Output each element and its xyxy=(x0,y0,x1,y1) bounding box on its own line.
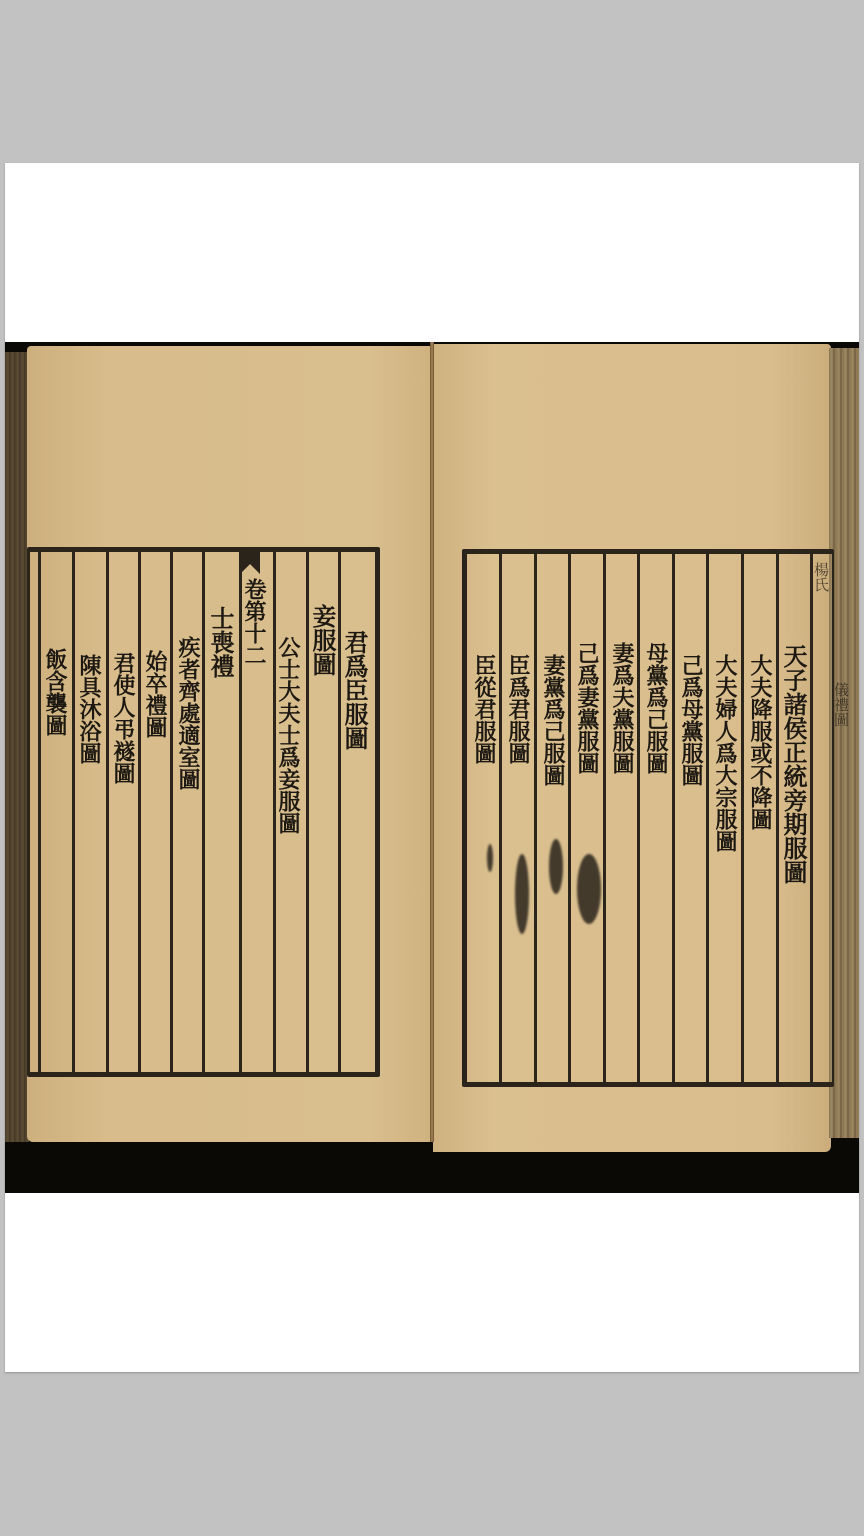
chapter-heading: 卷第十二 xyxy=(240,578,268,666)
page-margin-label: 楊氏 xyxy=(811,562,832,592)
toc-entry: 公士大夫士爲妾服圖 xyxy=(274,636,302,834)
column-rule xyxy=(170,552,173,1072)
column-rule xyxy=(138,552,141,1072)
toc-entry: 始卒禮圖 xyxy=(141,650,169,738)
toc-entry: 飯含襲圖 xyxy=(41,648,69,736)
toc-entry: 妻爲夫黨服圖 xyxy=(608,642,636,774)
toc-entry: 天子諸侯正統旁期服圖 xyxy=(779,644,807,884)
toc-entry: 陳具沐浴圖 xyxy=(75,654,103,764)
column-rule xyxy=(810,554,813,1082)
column-rule xyxy=(672,554,675,1082)
toc-entry: 臣爲君服圖 xyxy=(504,654,532,764)
book-photo: 君爲臣服圖 公士大夫士爲妾服圖 妾服圖 卷第十二 士喪禮 疾者齊處適室圖 始卒禮… xyxy=(5,342,859,1193)
toc-entry: 母黨爲己服圖 xyxy=(642,642,670,774)
column-rule xyxy=(38,552,41,1072)
column-rule xyxy=(741,554,744,1082)
spine-title-label: 儀禮圖 xyxy=(831,682,852,727)
fishtail-mark xyxy=(240,552,260,574)
toc-entry: 君使人弔襚圖 xyxy=(109,652,137,784)
column-rule xyxy=(72,552,75,1072)
toc-entry: 妾服圖 xyxy=(308,604,336,676)
column-rule xyxy=(106,552,109,1072)
ink-blot xyxy=(515,854,529,934)
ink-blot xyxy=(577,854,601,924)
toc-entry: 臣從君服圖 xyxy=(470,654,498,764)
toc-entry: 妻黨爲己服圖 xyxy=(539,654,567,786)
toc-entry: 大夫婦人爲大宗服圖 xyxy=(711,654,739,852)
column-rule xyxy=(603,554,606,1082)
column-rule xyxy=(706,554,709,1082)
left-page-text-frame: 君爲臣服圖 公士大夫士爲妾服圖 妾服圖 卷第十二 士喪禮 疾者齊處適室圖 始卒禮… xyxy=(27,547,380,1077)
toc-entry: 己爲妻黨服圖 xyxy=(573,642,601,774)
column-rule xyxy=(568,554,571,1082)
section-heading: 士喪禮 xyxy=(206,606,234,678)
toc-entry: 君爲臣服圖 xyxy=(340,630,368,750)
book-spine-fold xyxy=(430,342,434,1142)
column-rule xyxy=(534,554,537,1082)
column-rule xyxy=(637,554,640,1082)
toc-entry: 疾者齊處適室圖 xyxy=(174,636,202,790)
book-edge-left xyxy=(5,352,29,1142)
right-page-text-frame: 天子諸侯正統旁期服圖 大夫降服或不降圖 大夫婦人爲大宗服圖 己爲母黨服圖 母黨爲… xyxy=(462,549,834,1087)
toc-entry: 己爲母黨服圖 xyxy=(677,654,705,786)
column-rule xyxy=(202,552,205,1072)
column-rule xyxy=(499,554,502,1082)
ink-blot xyxy=(487,844,493,872)
toc-entry: 大夫降服或不降圖 xyxy=(746,654,774,830)
ink-blot xyxy=(549,839,563,894)
